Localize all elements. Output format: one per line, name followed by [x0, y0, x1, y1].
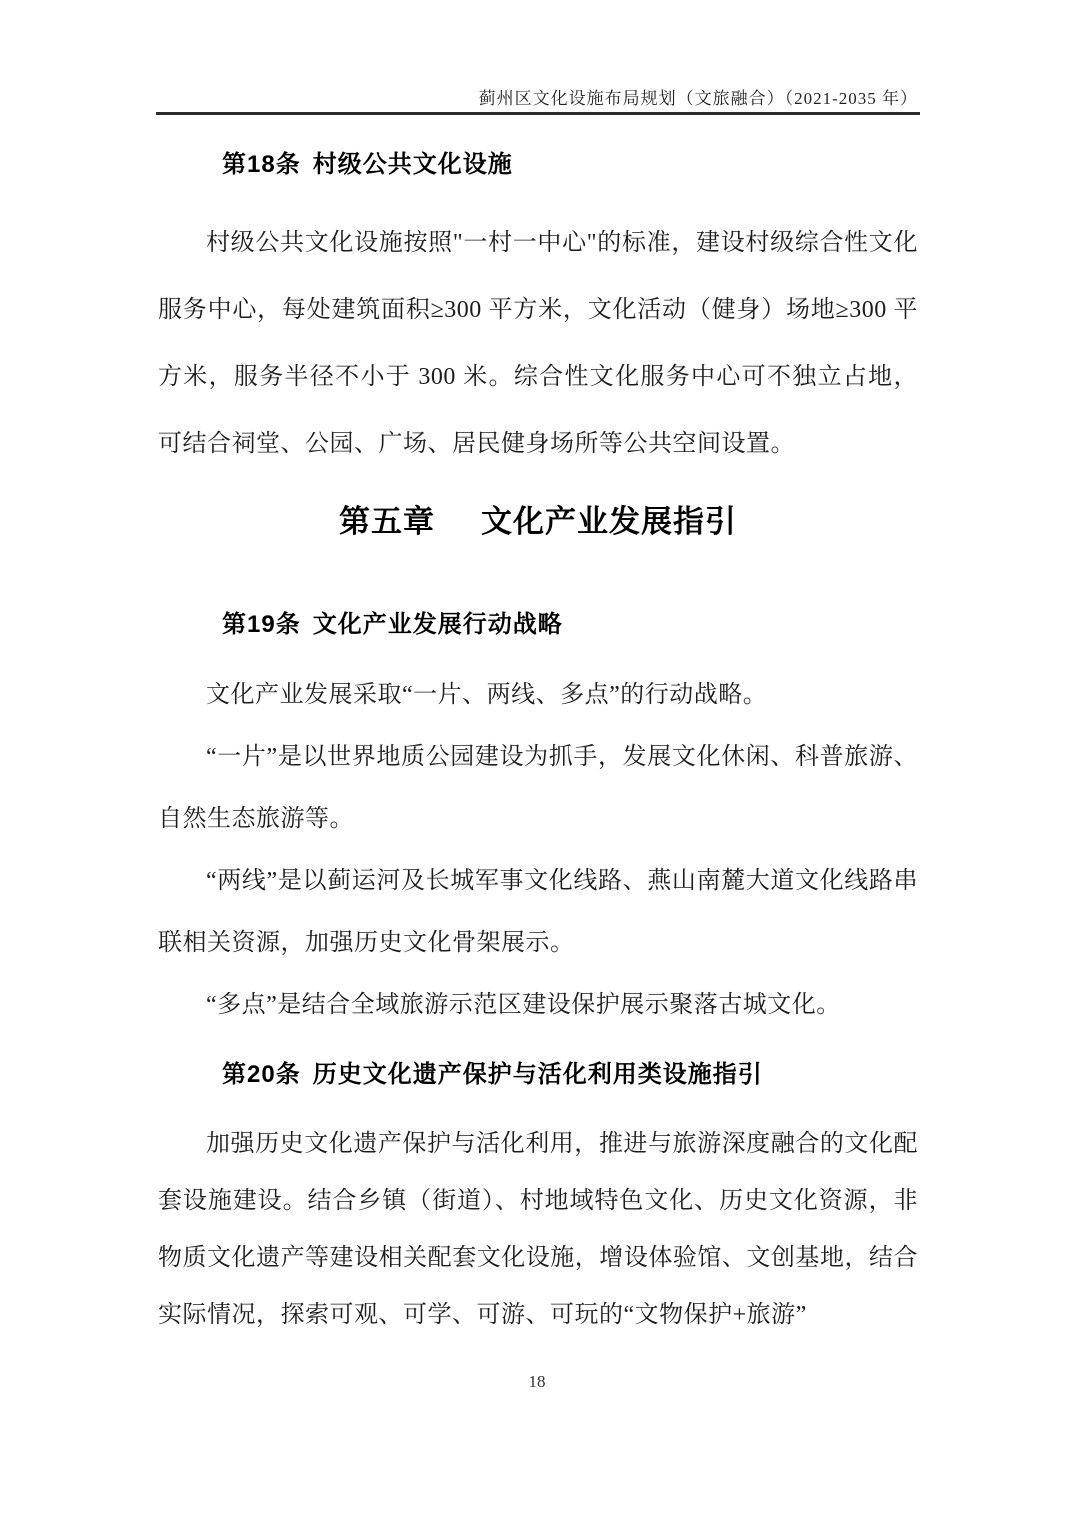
article-19-heading: 第19条文化产业发展行动战略 — [222, 610, 918, 640]
header-divider — [156, 112, 920, 115]
article-20-title: 历史文化遗产保护与活化利用类设施指引 — [313, 1061, 763, 1088]
article-20-paragraph: 加强历史文化遗产保护与活化利用，推进与旅游深度融合的文化配套设施建设。结合乡镇（… — [158, 1116, 918, 1344]
article-18-title: 村级公共文化设施 — [313, 151, 513, 178]
article-19-number: 第19条 — [222, 611, 301, 638]
document-body: 第18条村级公共文化设施 村级公共文化设施按照"一村一中心"的标准，建设村级综合… — [158, 138, 918, 1344]
article-19-paragraph-4: “多点”是结合全域旅游示范区建设保护展示聚落古城文化。 — [158, 974, 918, 1036]
article-18-number: 第18条 — [222, 151, 301, 178]
article-19-paragraph-3: “两线”是以蓟运河及长城军事文化线路、燕山南麓大道文化线路串联相关资源，加强历史… — [158, 850, 918, 974]
article-20-number: 第20条 — [222, 1061, 301, 1088]
article-20-heading: 第20条历史文化遗产保护与活化利用类设施指引 — [222, 1060, 918, 1090]
article-18-paragraph: 村级公共文化设施按照"一村一中心"的标准，建设村级综合性文化服务中心，每处建筑面… — [158, 210, 918, 478]
article-19-title: 文化产业发展行动战略 — [313, 611, 563, 638]
page-number: 18 — [0, 1372, 1074, 1392]
chapter-5-number: 第五章 — [339, 504, 435, 539]
chapter-5-heading: 第五章文化产业发展指引 — [158, 502, 918, 542]
document-page: 蓟州区文化设施布局规划（文旅融合）（2021-2035 年） 第18条村级公共文… — [0, 0, 1074, 1520]
chapter-5-title: 文化产业发展指引 — [481, 504, 737, 539]
running-header: 蓟州区文化设施布局规划（文旅融合）（2021-2035 年） — [158, 84, 918, 109]
article-19-paragraph-1: 文化产业发展采取“一片、两线、多点”的行动战略。 — [158, 664, 918, 726]
article-19-paragraph-2: “一片”是以世界地质公园建设为抓手，发展文化休闲、科普旅游、自然生态旅游等。 — [158, 726, 918, 850]
article-18-heading: 第18条村级公共文化设施 — [222, 150, 918, 180]
